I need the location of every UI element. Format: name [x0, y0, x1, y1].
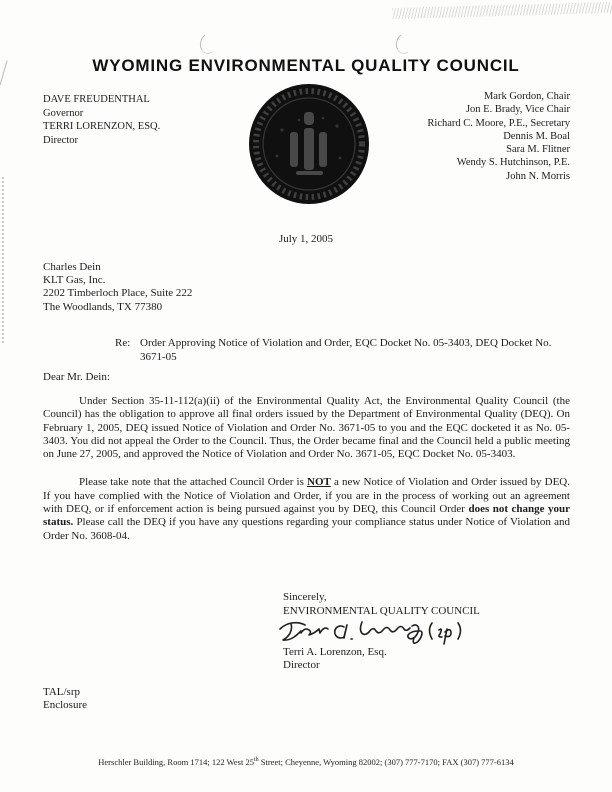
signature-identity: Terri A. Lorenzon, Esq. Director	[283, 646, 387, 672]
recipient-name: Charles Dein	[43, 261, 192, 274]
council-member: Wendy S. Hutchinson, P.E.	[427, 156, 570, 169]
letter-paragraph: Under Section 35-11-112(a)(ii) of the En…	[43, 395, 570, 461]
scan-artifact-curve	[198, 31, 220, 55]
re-label: Re:	[115, 337, 140, 364]
scan-artifact-streak	[2, 175, 4, 343]
council-seal-icon	[247, 82, 372, 207]
governor-title: Governor	[43, 107, 160, 121]
letterhead-officials: DAVE FREUDENTHAL Governor TERRI LORENZON…	[43, 93, 160, 147]
recipient-company: KLT Gas, Inc.	[43, 274, 192, 287]
recipient-address: Charles Dein KLT Gas, Inc. 2202 Timberlo…	[43, 261, 192, 314]
letter-page: WYOMING ENVIRONMENTAL QUALITY COUNCIL DA…	[0, 0, 612, 792]
scan-artifact-hatch	[392, 2, 612, 19]
closing-sincerely: Sincerely,	[283, 591, 480, 605]
enclosure-note: Enclosure	[43, 699, 87, 712]
council-member: Dennis M. Boal	[427, 130, 570, 143]
salutation: Dear Mr. Dein:	[43, 371, 110, 383]
letter-body: Under Section 35-11-112(a)(ii) of the En…	[43, 395, 570, 558]
council-members: Mark Gordon, Chair Jon E. Brady, Vice Ch…	[427, 90, 570, 183]
council-member: Mark Gordon, Chair	[427, 90, 570, 103]
signature-title: Director	[283, 659, 387, 672]
signature-name: Terri A. Lorenzon, Esq.	[283, 646, 387, 659]
reference-initials: TAL/srp	[43, 686, 87, 699]
re-block: Re: Order Approving Notice of Violation …	[115, 337, 570, 364]
recipient-street: 2202 Timberloch Place, Suite 222	[43, 287, 192, 300]
letterhead-title: WYOMING ENVIRONMENTAL QUALITY COUNCIL	[0, 56, 612, 76]
reference-block: TAL/srp Enclosure	[43, 686, 87, 712]
date-line: July 1, 2005	[0, 233, 612, 245]
council-member: Jon E. Brady, Vice Chair	[427, 103, 570, 116]
closing-block: Sincerely, ENVIRONMENTAL QUALITY COUNCIL	[283, 591, 480, 618]
handwritten-signature-icon	[278, 616, 473, 650]
governor-name: DAVE FREUDENTHAL	[43, 93, 160, 107]
council-member: Richard C. Moore, P.E., Secretary	[427, 117, 570, 130]
letter-paragraph: Please take note that the attached Counc…	[43, 476, 570, 542]
scan-artifact-curve	[394, 31, 416, 55]
council-member: John N. Morris	[427, 170, 570, 183]
director-title: Director	[43, 134, 160, 148]
re-text: Order Approving Notice of Violation and …	[140, 337, 570, 364]
council-member: Sara M. Flitner	[427, 143, 570, 156]
recipient-city: The Woodlands, TX 77380	[43, 301, 192, 314]
footer-address: Herschler Building, Room 1714; 122 West …	[0, 757, 612, 767]
director-name: TERRI LORENZON, ESQ.	[43, 120, 160, 134]
